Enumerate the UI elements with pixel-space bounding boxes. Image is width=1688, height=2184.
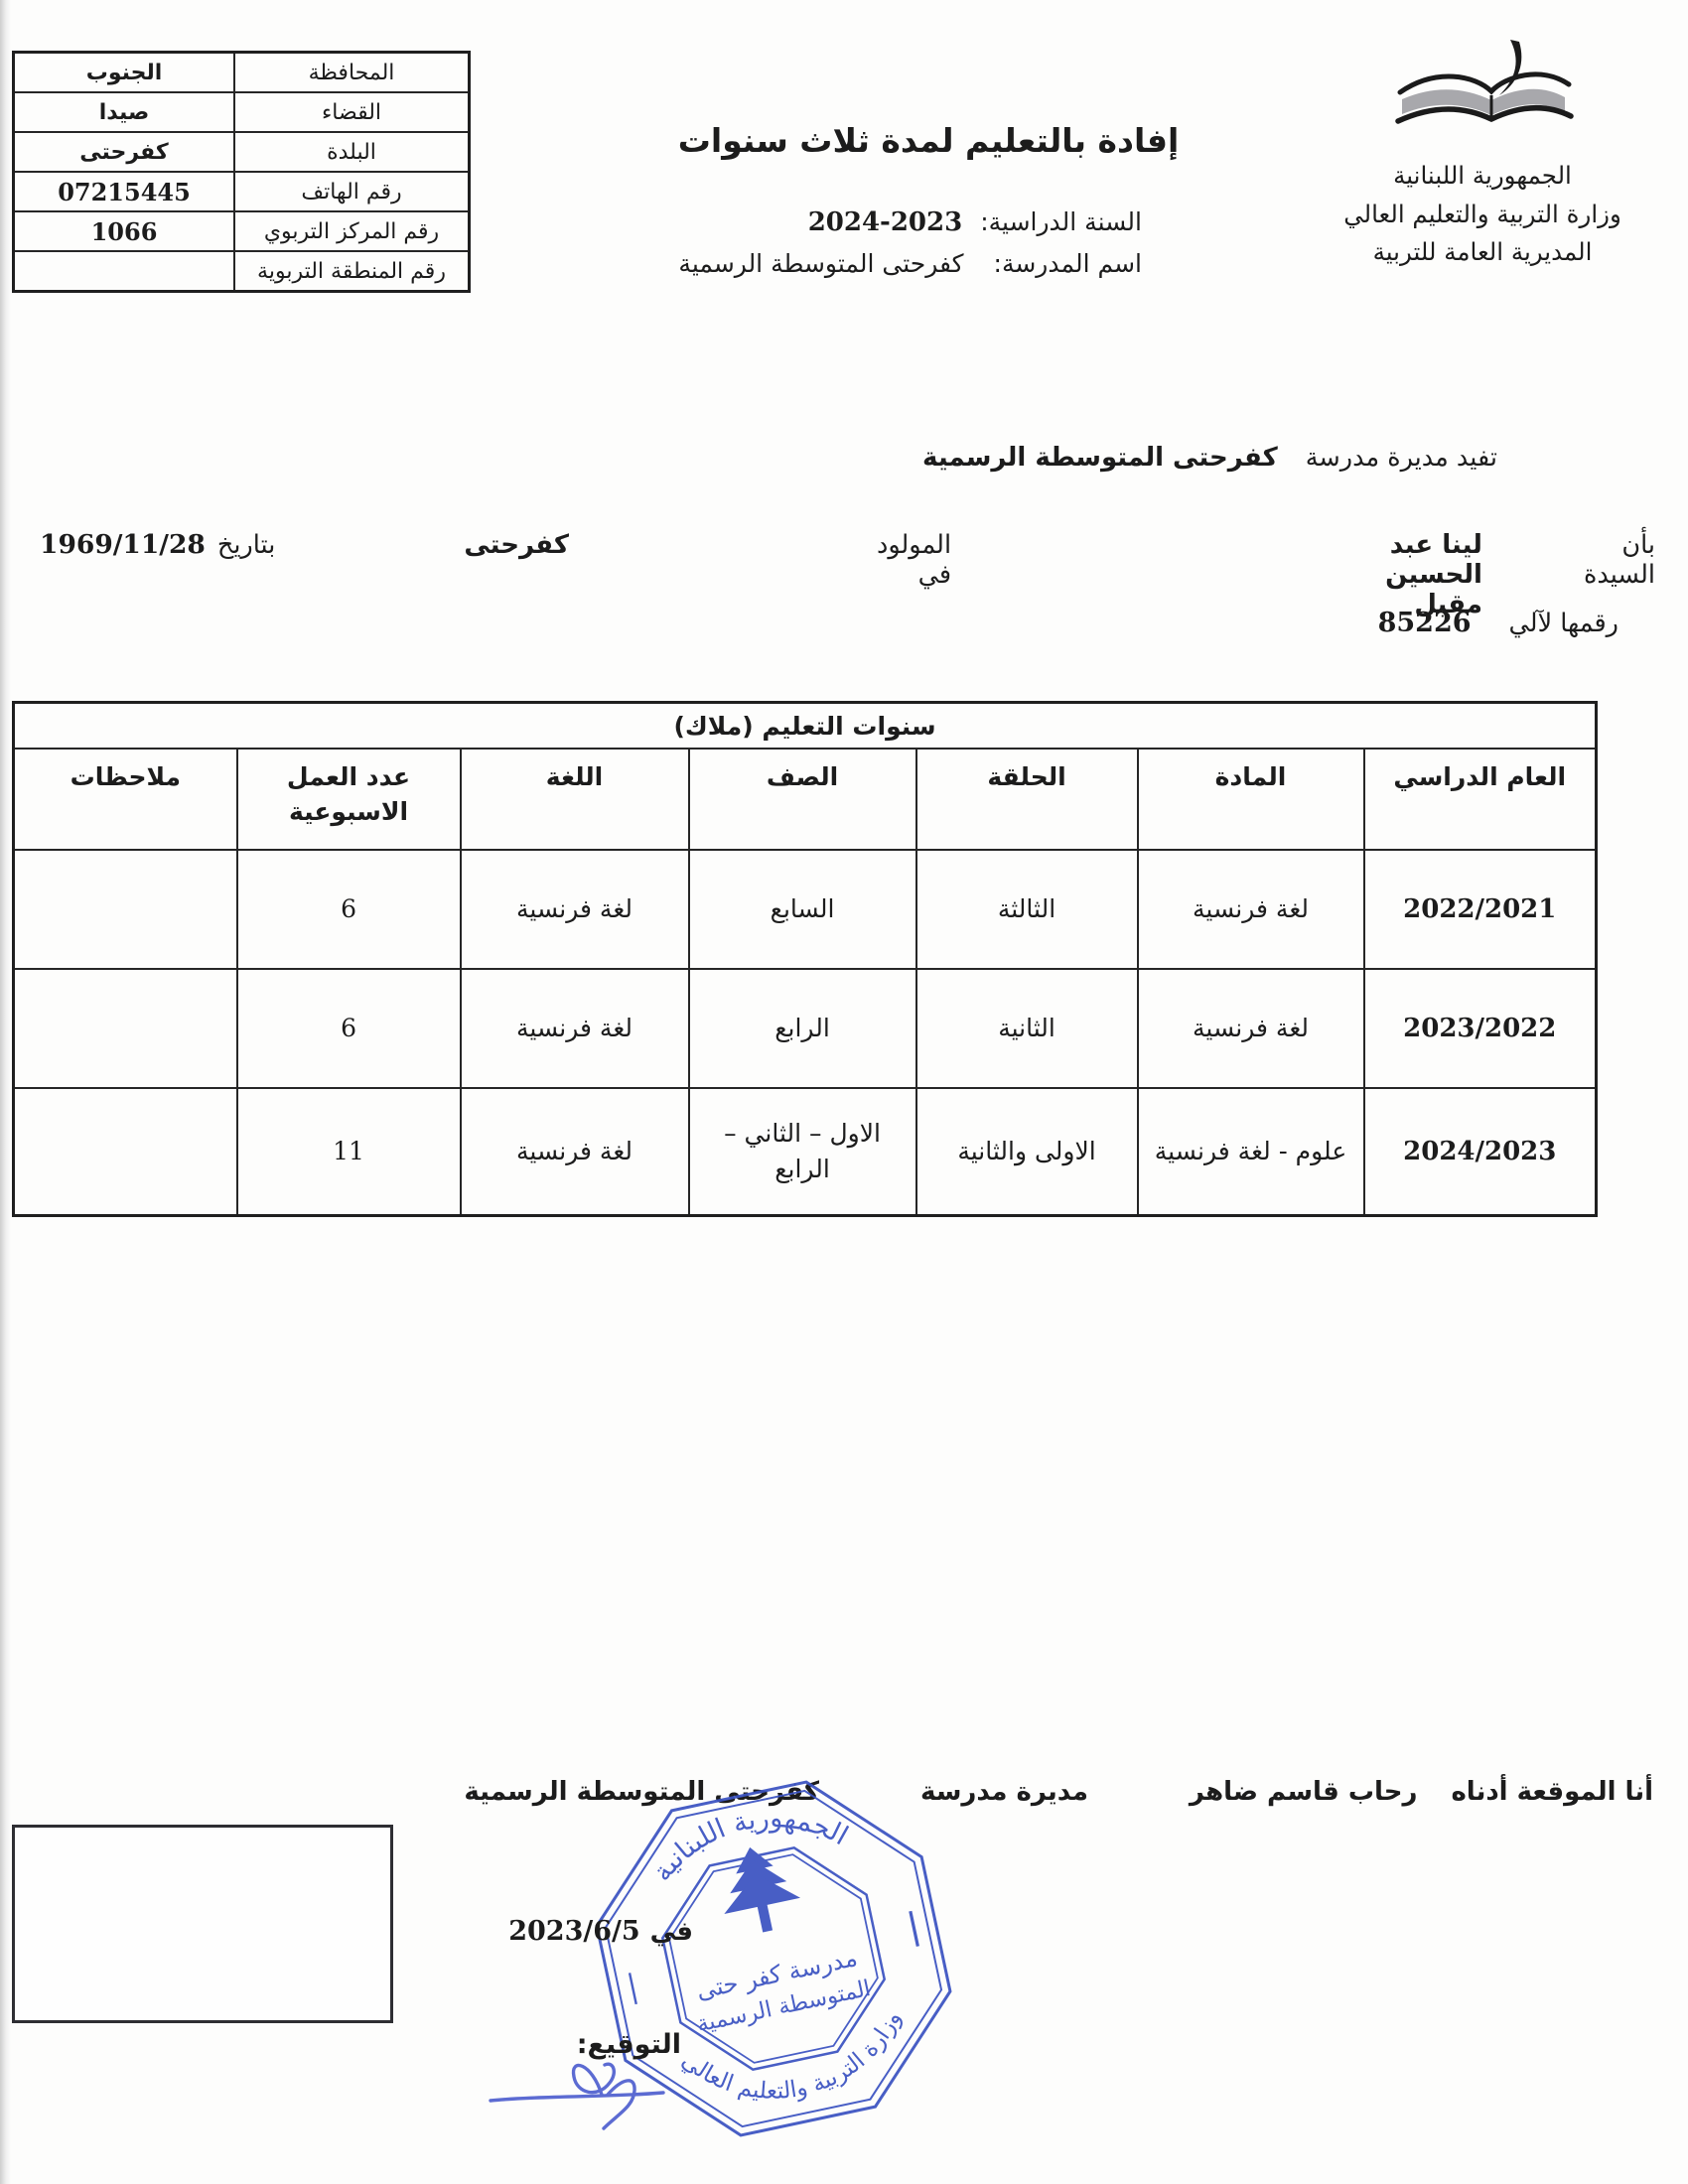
table-title-row: سنوات التعليم (ملاك): [14, 703, 1597, 750]
cell-language: لغة فرنسية: [461, 969, 689, 1088]
info-value: [14, 251, 235, 292]
statement-line-1: تفيد مديرة مدرسةكفرحتى المتوسطة الرسمية: [922, 443, 1497, 473]
scanned-certificate-page: المحافظة الجنوب القضاء صيدا البلدة كفرحت…: [0, 0, 1688, 2184]
info-label: القضاء: [234, 92, 470, 132]
info-label: رقم المنطقة التربوية: [234, 251, 470, 292]
cell-hours: 6: [237, 850, 461, 969]
col-header-notes: ملاحظات: [14, 749, 237, 850]
info-label: رقم الهاتف: [234, 172, 470, 211]
statement-line-3: رقمها لآلي85226: [1378, 608, 1618, 638]
scan-edge-shadow: [0, 0, 11, 2184]
cell-notes: [14, 969, 237, 1088]
teacher-name: لينا عبد الحسين مقبل: [1321, 530, 1482, 619]
madam-label: بأن السيدة: [1584, 530, 1655, 590]
birthdate-value: 1969/11/28: [40, 529, 206, 560]
col-header-year: العام الدراسي: [1364, 749, 1597, 850]
cell-cycle: الثالثة: [916, 850, 1138, 969]
col-header-hours: عدد العمل الاسبوعية: [237, 749, 461, 850]
statement-line-2: بأن السيدة لينا عبد الحسين مقبل المولود …: [40, 529, 1655, 619]
info-value: كفرحتى: [14, 132, 235, 172]
info-label: البلدة: [234, 132, 470, 172]
info-label: رقم المركز التربوي: [234, 211, 470, 251]
signature-label: التوقيع:: [577, 2029, 681, 2060]
school-year-label: السنة الدراسية:: [980, 202, 1142, 243]
school-name-label: اسم المدرسة:: [994, 243, 1142, 285]
date-value: 2023/6/5: [508, 1916, 639, 1947]
region-info-table: المحافظة الجنوب القضاء صيدا البلدة كفرحت…: [12, 51, 471, 293]
table-header-row: العام الدراسي المادة الحلقة الصف اللغة ع…: [14, 749, 1597, 850]
cell-year: 2022/2021: [1364, 850, 1597, 969]
info-label: المحافظة: [234, 53, 470, 93]
cell-subject: لغة فرنسية: [1138, 850, 1364, 969]
cell-hours: 6: [237, 969, 461, 1088]
cell-cycle: الاولى والثانية: [916, 1088, 1138, 1216]
cell-grade: الاول – الثاني – الرابع: [689, 1088, 916, 1216]
cell-subject: لغة فرنسية: [1138, 969, 1364, 1088]
table-row: 2023/2022 لغة فرنسية الثانية الرابع لغة …: [14, 969, 1597, 1088]
signer-prefix: أنا الموقعة أدناه: [1451, 1777, 1653, 1807]
col-header-language: اللغة: [461, 749, 689, 850]
table-row: 2022/2021 لغة فرنسية الثالثة السابع لغة …: [14, 850, 1597, 969]
document-title: إفادة بالتعليم لمدة ثلاث سنوات: [650, 121, 1206, 160]
ministry-line: المديرية العامة للتربية: [1325, 233, 1640, 272]
table-row: المحافظة الجنوب: [14, 53, 470, 93]
open-book-logo-icon: [1380, 36, 1585, 153]
birthdate-label: بتاريخ: [217, 530, 275, 560]
cell-notes: [14, 850, 237, 969]
info-value: 1066: [14, 211, 235, 251]
table-title: سنوات التعليم (ملاك): [14, 703, 1597, 750]
school-name-value: كفرحتى المتوسطة الرسمية: [678, 249, 963, 278]
birthplace: كفرحتى: [464, 530, 569, 560]
cell-year: 2024/2023: [1364, 1088, 1597, 1216]
col-header-subject: المادة: [1138, 749, 1364, 850]
school-name-line: اسم المدرسة:كفرحتى المتوسطة الرسمية: [678, 243, 1142, 285]
info-value: صيدا: [14, 92, 235, 132]
col-header-grade: الصف: [689, 749, 916, 850]
school-year-value: 2024-2023: [808, 207, 963, 237]
born-in-label: المولود في: [877, 530, 951, 590]
ministry-line: وزارة التربية والتعليم العالي: [1325, 196, 1640, 234]
info-value: الجنوب: [14, 53, 235, 93]
school-name-bold: كفرحتى المتوسطة الرسمية: [922, 443, 1278, 473]
col-header-cycle: الحلقة: [916, 749, 1138, 850]
phone-number: 07215445: [58, 178, 191, 206]
cell-language: لغة فرنسية: [461, 1088, 689, 1216]
signer-role: مديرة مدرسة: [920, 1777, 1088, 1807]
ministry-line: الجمهورية اللبنانية: [1325, 157, 1640, 196]
signer-name: رحاب قاسم ضاهر: [1190, 1777, 1418, 1807]
cell-hours: 11: [237, 1088, 461, 1216]
cell-year: 2023/2022: [1364, 969, 1597, 1088]
empty-photo-box: [12, 1825, 393, 2023]
table-row: رقم الهاتف 07215445: [14, 172, 470, 211]
center-number: 1066: [91, 217, 158, 246]
id-number-value: 85226: [1378, 608, 1472, 638]
info-value: 07215445: [14, 172, 235, 211]
table-row: 2024/2023 علوم - لغة فرنسية الاولى والثا…: [14, 1088, 1597, 1216]
issue-date-line: في2023/6/5: [508, 1916, 693, 1947]
date-label: في: [650, 1917, 693, 1947]
cell-grade: السابع: [689, 850, 916, 969]
school-header-lines: السنة الدراسية:2024-2023 اسم المدرسة:كفر…: [678, 202, 1142, 285]
cell-cycle: الثانية: [916, 969, 1138, 1088]
id-number-label: رقمها لآلي: [1509, 609, 1618, 638]
cell-notes: [14, 1088, 237, 1216]
school-year-line: السنة الدراسية:2024-2023: [678, 202, 1142, 243]
cell-subject: علوم - لغة فرنسية: [1138, 1088, 1364, 1216]
ministry-header: الجمهورية اللبنانية وزارة التربية والتعل…: [1325, 36, 1640, 272]
cell-language: لغة فرنسية: [461, 850, 689, 969]
table-row: القضاء صيدا: [14, 92, 470, 132]
table-row: رقم المنطقة التربوية: [14, 251, 470, 292]
table-row: رقم المركز التربوي 1066: [14, 211, 470, 251]
cell-grade: الرابع: [689, 969, 916, 1088]
statement-prefix: تفيد مديرة مدرسة: [1306, 443, 1497, 473]
table-row: البلدة كفرحتى: [14, 132, 470, 172]
teaching-years-table: سنوات التعليم (ملاك) العام الدراسي الماد…: [12, 701, 1598, 1217]
